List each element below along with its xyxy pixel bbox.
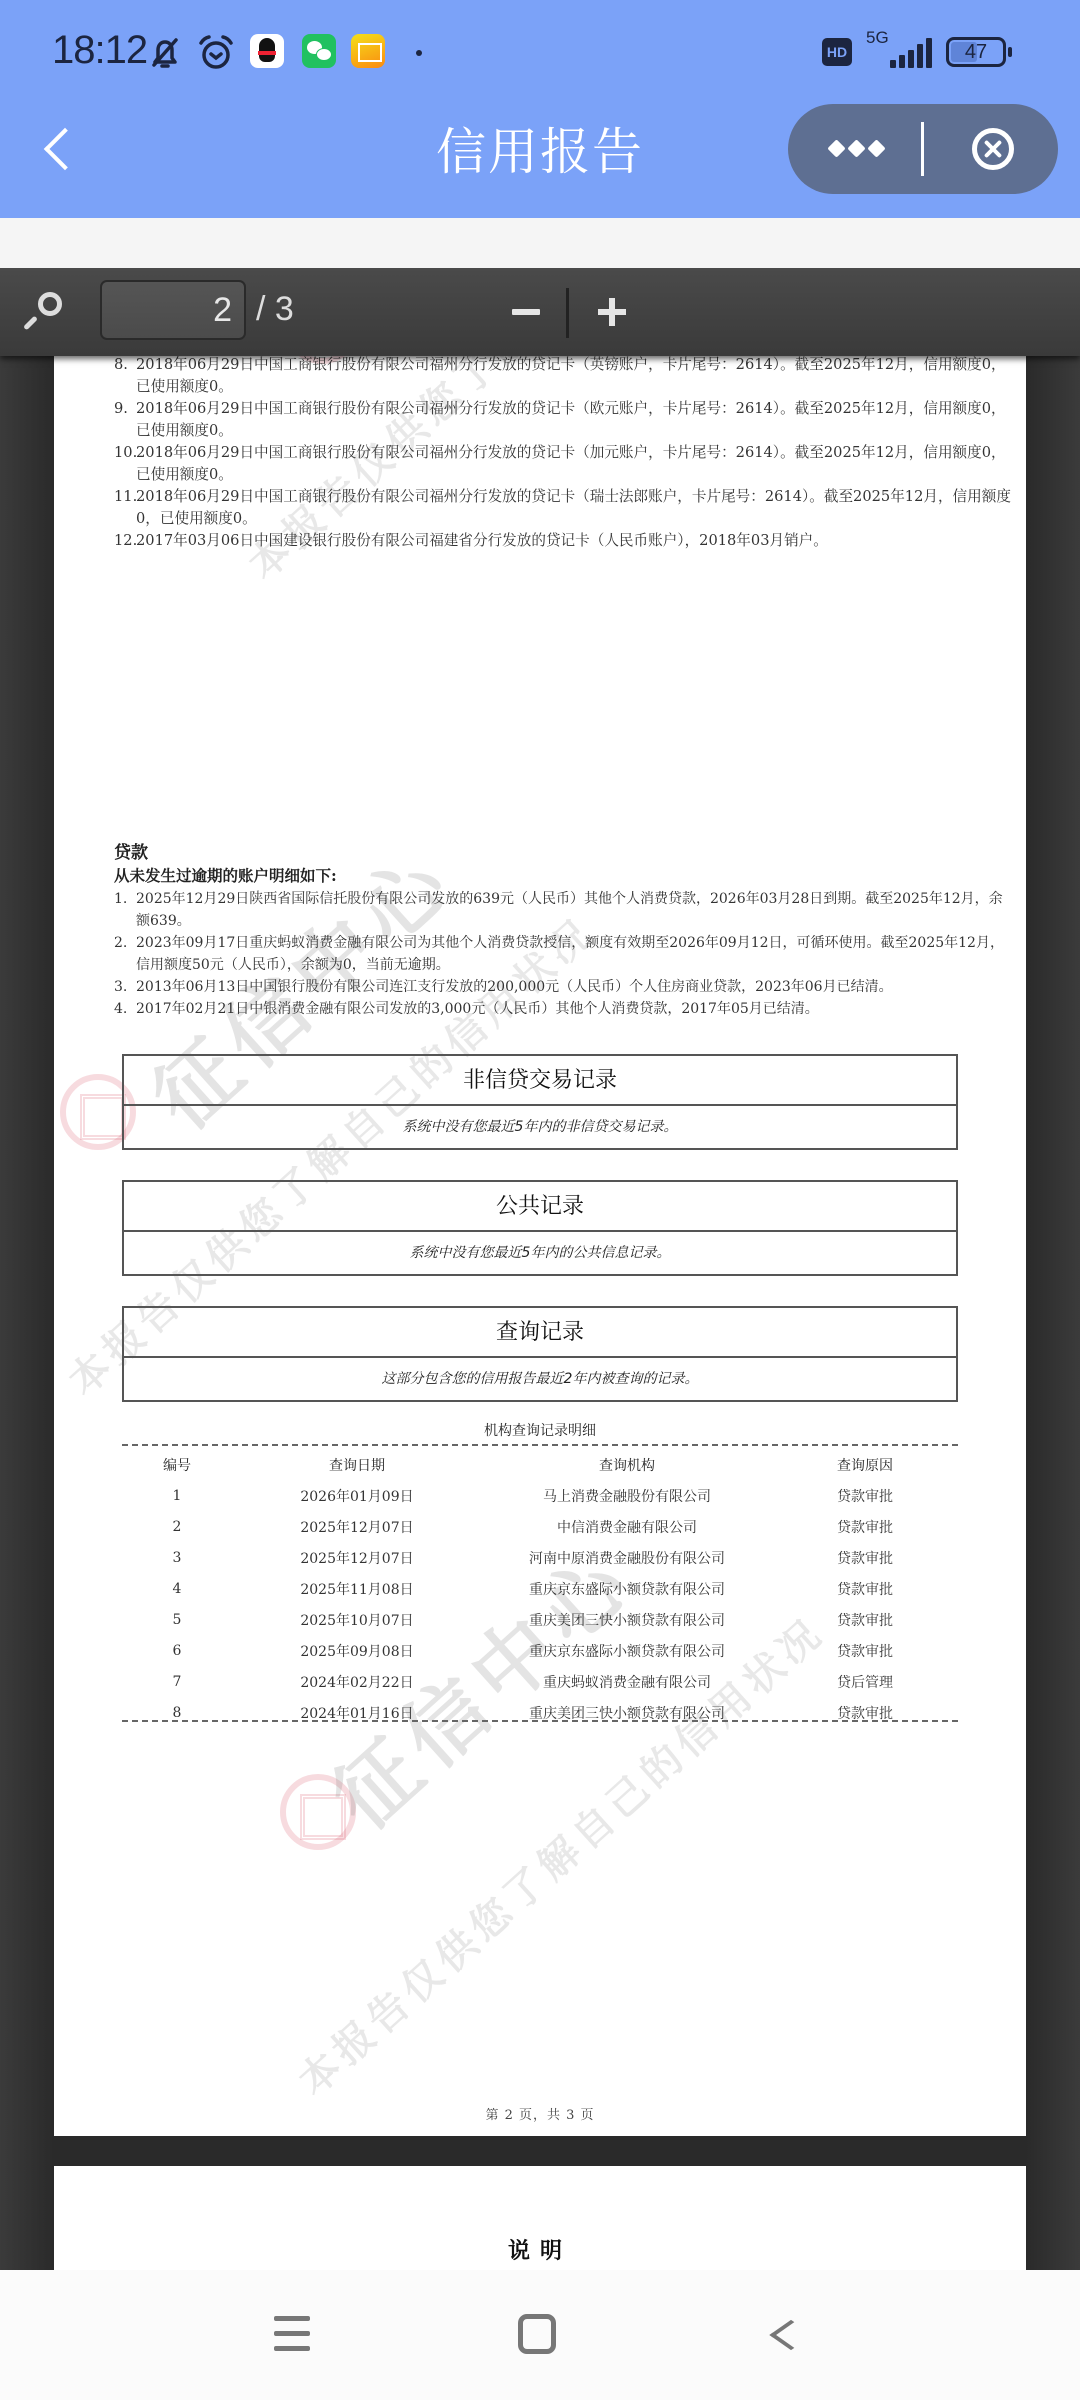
zoom-in-button[interactable] [592,288,632,336]
list-item: 4.2017年02月21日中银消费金融有限公司发放的3,000元（人民币）其他个… [114,998,1014,1020]
table-row: 12026年01月09日马上消费金融股份有限公司贷款审批 [122,1480,958,1511]
zoom-out-button[interactable] [506,288,546,336]
watermark-seal-icon [280,1774,356,1850]
signal-icon [880,38,934,68]
table-row: 22025年12月07日中信消费金融有限公司贷款审批 [122,1511,958,1542]
battery-icon: 47 [946,37,1006,67]
list-item: 1.2025年12月29日陕西省国际信托股份有限公司发放的639元（人民币）其他… [114,888,1014,932]
more-button[interactable] [788,104,920,194]
box-title: 公共记录 [124,1182,956,1232]
battery-level: 47 [949,40,1003,64]
table-row: 82024年01月16日重庆美团三快小额贷款有限公司贷款审批 [122,1697,958,1728]
list-item: 8.2018年06月29日中国工商银行股份有限公司福州分行发放的贷记卡（英镑账户… [114,354,1014,398]
search-button[interactable] [22,288,68,336]
page-footer: 第 2 页，共 3 页 [54,2104,1026,2123]
search-icon [38,292,62,316]
box-title: 查询记录 [124,1308,956,1358]
query-records-box: 查询记录 这部分包含您的信用报告最近2年内被查询的记录。 [122,1306,958,1402]
query-table-title: 机构查询记录明细 [54,1420,1026,1440]
capsule-divider [921,122,924,176]
box-body: 系统中没有您最近5年内的非信贷交易记录。 [124,1106,956,1148]
mini-program-capsule [788,104,1058,194]
bell-off-icon [146,34,184,72]
table-row: 32025年12月07日河南中原消费金融股份有限公司贷款审批 [122,1542,958,1573]
table-row: 72024年02月22日重庆蚂蚁消费金融有限公司贷后管理 [122,1666,958,1697]
dashed-divider [122,1444,958,1446]
box-title: 非信贷交易记录 [124,1056,956,1106]
list-item: 3.2013年06月13日中国银行股份有限公司连江支行发放的200,000元（人… [114,976,1014,998]
qq-icon [250,34,284,68]
close-circle-icon [972,128,1014,170]
system-nav-bar [0,2270,1080,2400]
notification-dot [416,50,422,56]
mail-icon [351,34,385,68]
section-subheading: 从未发生过逾期的账户明细如下: [114,864,337,886]
list-item: 11.2018年06月29日中国工商银行股份有限公司福州分行发放的贷记卡（瑞士法… [114,486,1014,530]
box-body: 这部分包含您的信用报告最近2年内被查询的记录。 [124,1358,956,1400]
app-header: 18:12 HD 5G 47 信用报告 [0,0,1080,218]
loan-list: 1.2025年12月29日陕西省国际信托股份有限公司发放的639元（人民币）其他… [114,888,1014,1020]
section-heading-loans: 贷款 [114,838,148,863]
list-item: 2.2023年09月17日重庆蚂蚁消费金融有限公司为其他个人消费贷款授信，额度有… [114,932,1014,976]
list-item: 12.2017年03月06日中国建设银行股份有限公司福建省分行发放的贷记卡（人民… [114,530,1014,552]
table-header-row: 编号 查询日期 查询机构 查询原因 [122,1450,958,1480]
status-bar: 18:12 HD 5G 47 [0,0,1080,104]
dashed-divider [122,1720,958,1722]
table-row: 52025年10月07日重庆美团三快小额贷款有限公司贷款审批 [122,1604,958,1635]
pdf-toolbar: 2 / 3 [0,268,1080,356]
recent-apps-button[interactable] [272,2314,312,2354]
system-back-button[interactable] [768,2314,798,2354]
list-item: 9.2018年06月29日中国工商银行股份有限公司福州分行发放的贷记卡（欧元账户… [114,398,1014,442]
box-body: 系统中没有您最近5年内的公共信息记录。 [124,1232,956,1274]
alarm-icon [196,34,236,72]
list-item: 10.2018年06月29日中国工商银行股份有限公司福州分行发放的贷记卡（加元账… [114,442,1014,486]
zoom-divider [566,288,569,338]
pdf-page-3: 说明 [54,2166,1026,2270]
pdf-viewer[interactable]: 2 / 3 本报告仅供您了解自己的信用状况 用额度0，已使用额度0。 7.201… [0,268,1080,2270]
query-records-table: 编号 查询日期 查询机构 查询原因 12026年01月09日马上消费金融股份有限… [122,1450,958,1728]
wechat-icon [302,34,336,68]
page-total: / 3 [256,290,294,329]
page-3-title: 说明 [54,2234,1026,2265]
table-row: 62025年09月08日重庆京东盛际小额贷款有限公司贷款审批 [122,1635,958,1666]
home-button[interactable] [518,2314,556,2354]
hd-badge: HD [822,38,852,66]
non-credit-records-box: 非信贷交易记录 系统中没有您最近5年内的非信贷交易记录。 [122,1054,958,1150]
table-row: 42025年11月08日重庆京东盛际小额贷款有限公司贷款审批 [122,1573,958,1604]
page-number-input[interactable]: 2 [100,280,246,340]
public-records-box: 公共记录 系统中没有您最近5年内的公共信息记录。 [122,1180,958,1276]
clock: 18:12 [52,28,147,73]
close-button[interactable] [938,104,1048,194]
pdf-page-2: 征信中心 本报告仅供您了解自己的信用状况 征信中心 本报告仅供您了解自己的信用状… [54,764,1026,2136]
